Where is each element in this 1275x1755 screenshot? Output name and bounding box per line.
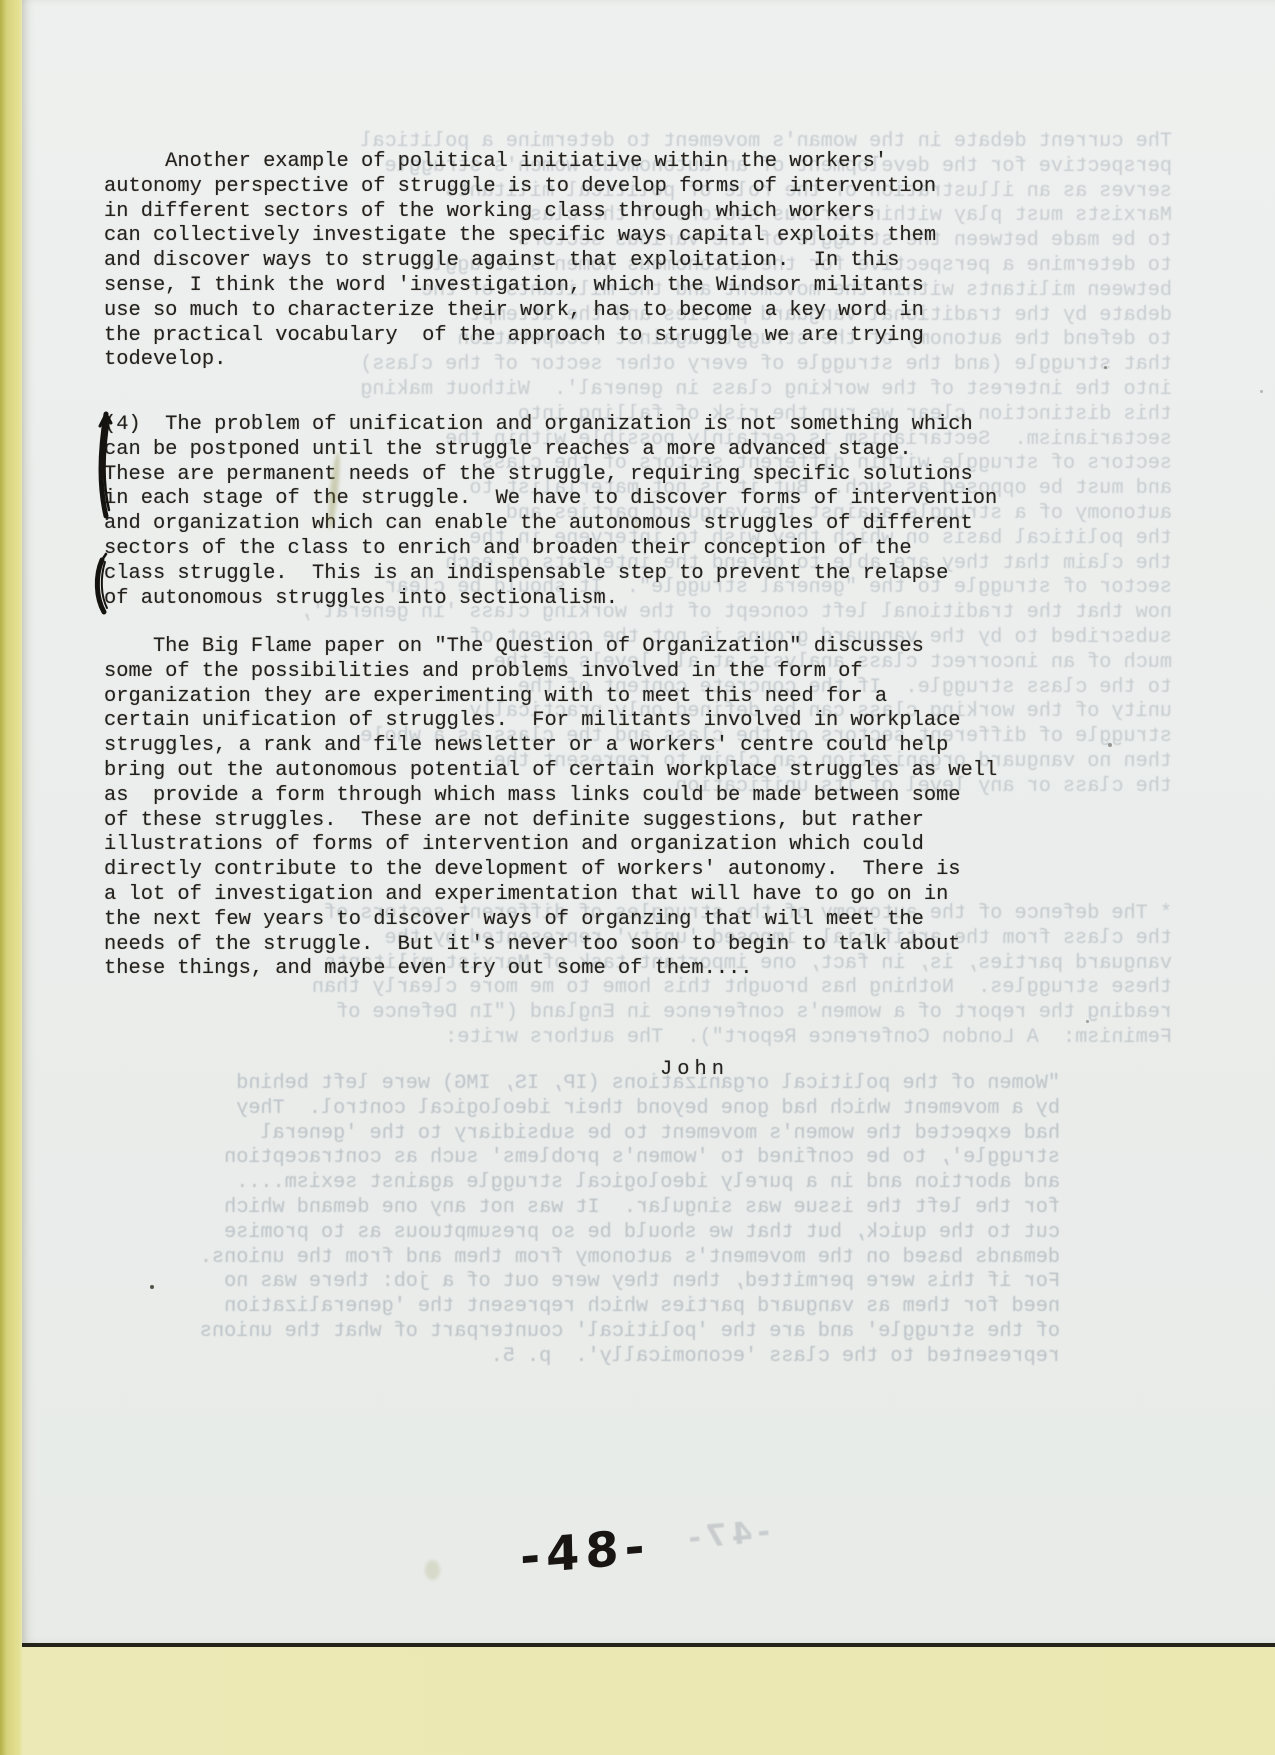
text-line: todevelop. — [104, 348, 936, 373]
text-line: autonomy perspective of struggle is to d… — [104, 175, 936, 200]
text-line: struggles, a rank and file newsletter or… — [104, 734, 997, 759]
text-line: sectors of the class to enrich and broad… — [104, 537, 997, 562]
scanned-document: { "page": { "signature": "John", "page_n… — [0, 0, 1275, 1755]
text-line: these things, and maybe even try out som… — [104, 957, 997, 982]
paragraph-big-flame: The Big Flame paper on "The Question of … — [104, 635, 997, 982]
bleedthrough-line: need for them as vanguard parties which … — [200, 1295, 1060, 1320]
text-line: illustrations of forms of intervention a… — [104, 833, 997, 858]
ink-speck — [1104, 366, 1107, 369]
text-line: of these struggles. These are not defini… — [104, 809, 997, 834]
text-line: the practical vocabulary of the approach… — [104, 324, 936, 349]
bleedthrough-block-quote: "Women of the political organizations (I… — [200, 1072, 1060, 1370]
ink-speck — [1086, 1020, 1089, 1023]
ink-speck — [150, 1285, 154, 1289]
text-line: use so much to characterize their work, … — [104, 299, 936, 324]
text-line: and discover ways to struggle against th… — [104, 249, 936, 274]
text-line: sense, I think the word 'investigation, … — [104, 274, 936, 299]
text-line: directly contribute to the development o… — [104, 858, 997, 883]
signature-john: John — [660, 1058, 729, 1081]
bleedthrough-line: "Women of the political organizations (I… — [200, 1072, 1060, 1097]
text-line: class struggle. This is an indispensable… — [104, 562, 997, 587]
text-line: can collectively investigate the specifi… — [104, 224, 936, 249]
paragraph-point-4: (4) The problem of unification and organ… — [104, 413, 997, 611]
bleedthrough-line: For if this were permitted, then they we… — [200, 1270, 1060, 1295]
bleedthrough-line: reading the report of a women's conferen… — [312, 1001, 1172, 1026]
pen-emphasis-mark-icon — [92, 406, 118, 527]
bleedthrough-line: for the left the issue was singular. It … — [200, 1196, 1060, 1221]
text-line: of autonomous struggles into sectionalis… — [104, 587, 997, 612]
pen-emphasis-mark-icon — [90, 552, 114, 623]
bleedthrough-line: struggle', to be confined to 'women's pr… — [200, 1146, 1060, 1171]
ink-smudge — [425, 1560, 440, 1580]
text-line: in each stage of the struggle. We have t… — [104, 487, 997, 512]
text-line: in different sectors of the working clas… — [104, 200, 936, 225]
text-line: the next few years to discover ways of o… — [104, 908, 997, 933]
bleedthrough-line: of the struggle' and are the 'political'… — [200, 1320, 1060, 1345]
ink-speck — [1108, 743, 1112, 747]
ink-speck — [1260, 390, 1263, 393]
text-line: a lot of investigation and experimentati… — [104, 883, 997, 908]
bleedthrough-line: had expected the women's movement to be … — [200, 1122, 1060, 1147]
text-line: and organization which can enable the au… — [104, 512, 997, 537]
text-line: can be postponed until the struggle reac… — [104, 438, 997, 463]
text-line: some of the possibilities and problems i… — [104, 660, 997, 685]
text-line: as provide a form through which mass lin… — [104, 784, 997, 809]
bleedthrough-line: demands based on the movement's autonomy… — [200, 1246, 1060, 1271]
text-line: needs of the struggle. But it's never to… — [104, 933, 997, 958]
bleedthrough-line: cut to the quick, but that we should be … — [200, 1221, 1060, 1246]
bleedthrough-line: into the interest of the working class i… — [300, 378, 1172, 403]
bleedthrough-line: Feminism: A London Conference Report"). … — [312, 1026, 1172, 1051]
paragraph-another-example: Another example of political initiative … — [104, 150, 936, 373]
text-line: These are permanent needs of the struggl… — [104, 463, 997, 488]
bleedthrough-line: and abortion and in a purely ideological… — [200, 1171, 1060, 1196]
text-line: organization they are experimenting with… — [104, 685, 997, 710]
bleedthrough-page-number: -47- — [682, 1514, 771, 1556]
document-page: The current debate in the woman's moveme… — [22, 0, 1275, 1647]
bleedthrough-line: by a movement which had gone beyond thei… — [200, 1097, 1060, 1122]
text-line: bring out the autonomous potential of ce… — [104, 759, 997, 784]
text-line: certain unification of struggles. For mi… — [104, 709, 997, 734]
text-line: (4) The problem of unification and organ… — [104, 413, 997, 438]
handwritten-page-number: -48- — [520, 1518, 651, 1586]
bleedthrough-line: represented to the class 'economically'.… — [200, 1345, 1060, 1370]
text-line: Another example of political initiative … — [104, 150, 936, 175]
text-line: The Big Flame paper on "The Question of … — [104, 635, 997, 660]
ink-smudge — [634, 520, 640, 530]
